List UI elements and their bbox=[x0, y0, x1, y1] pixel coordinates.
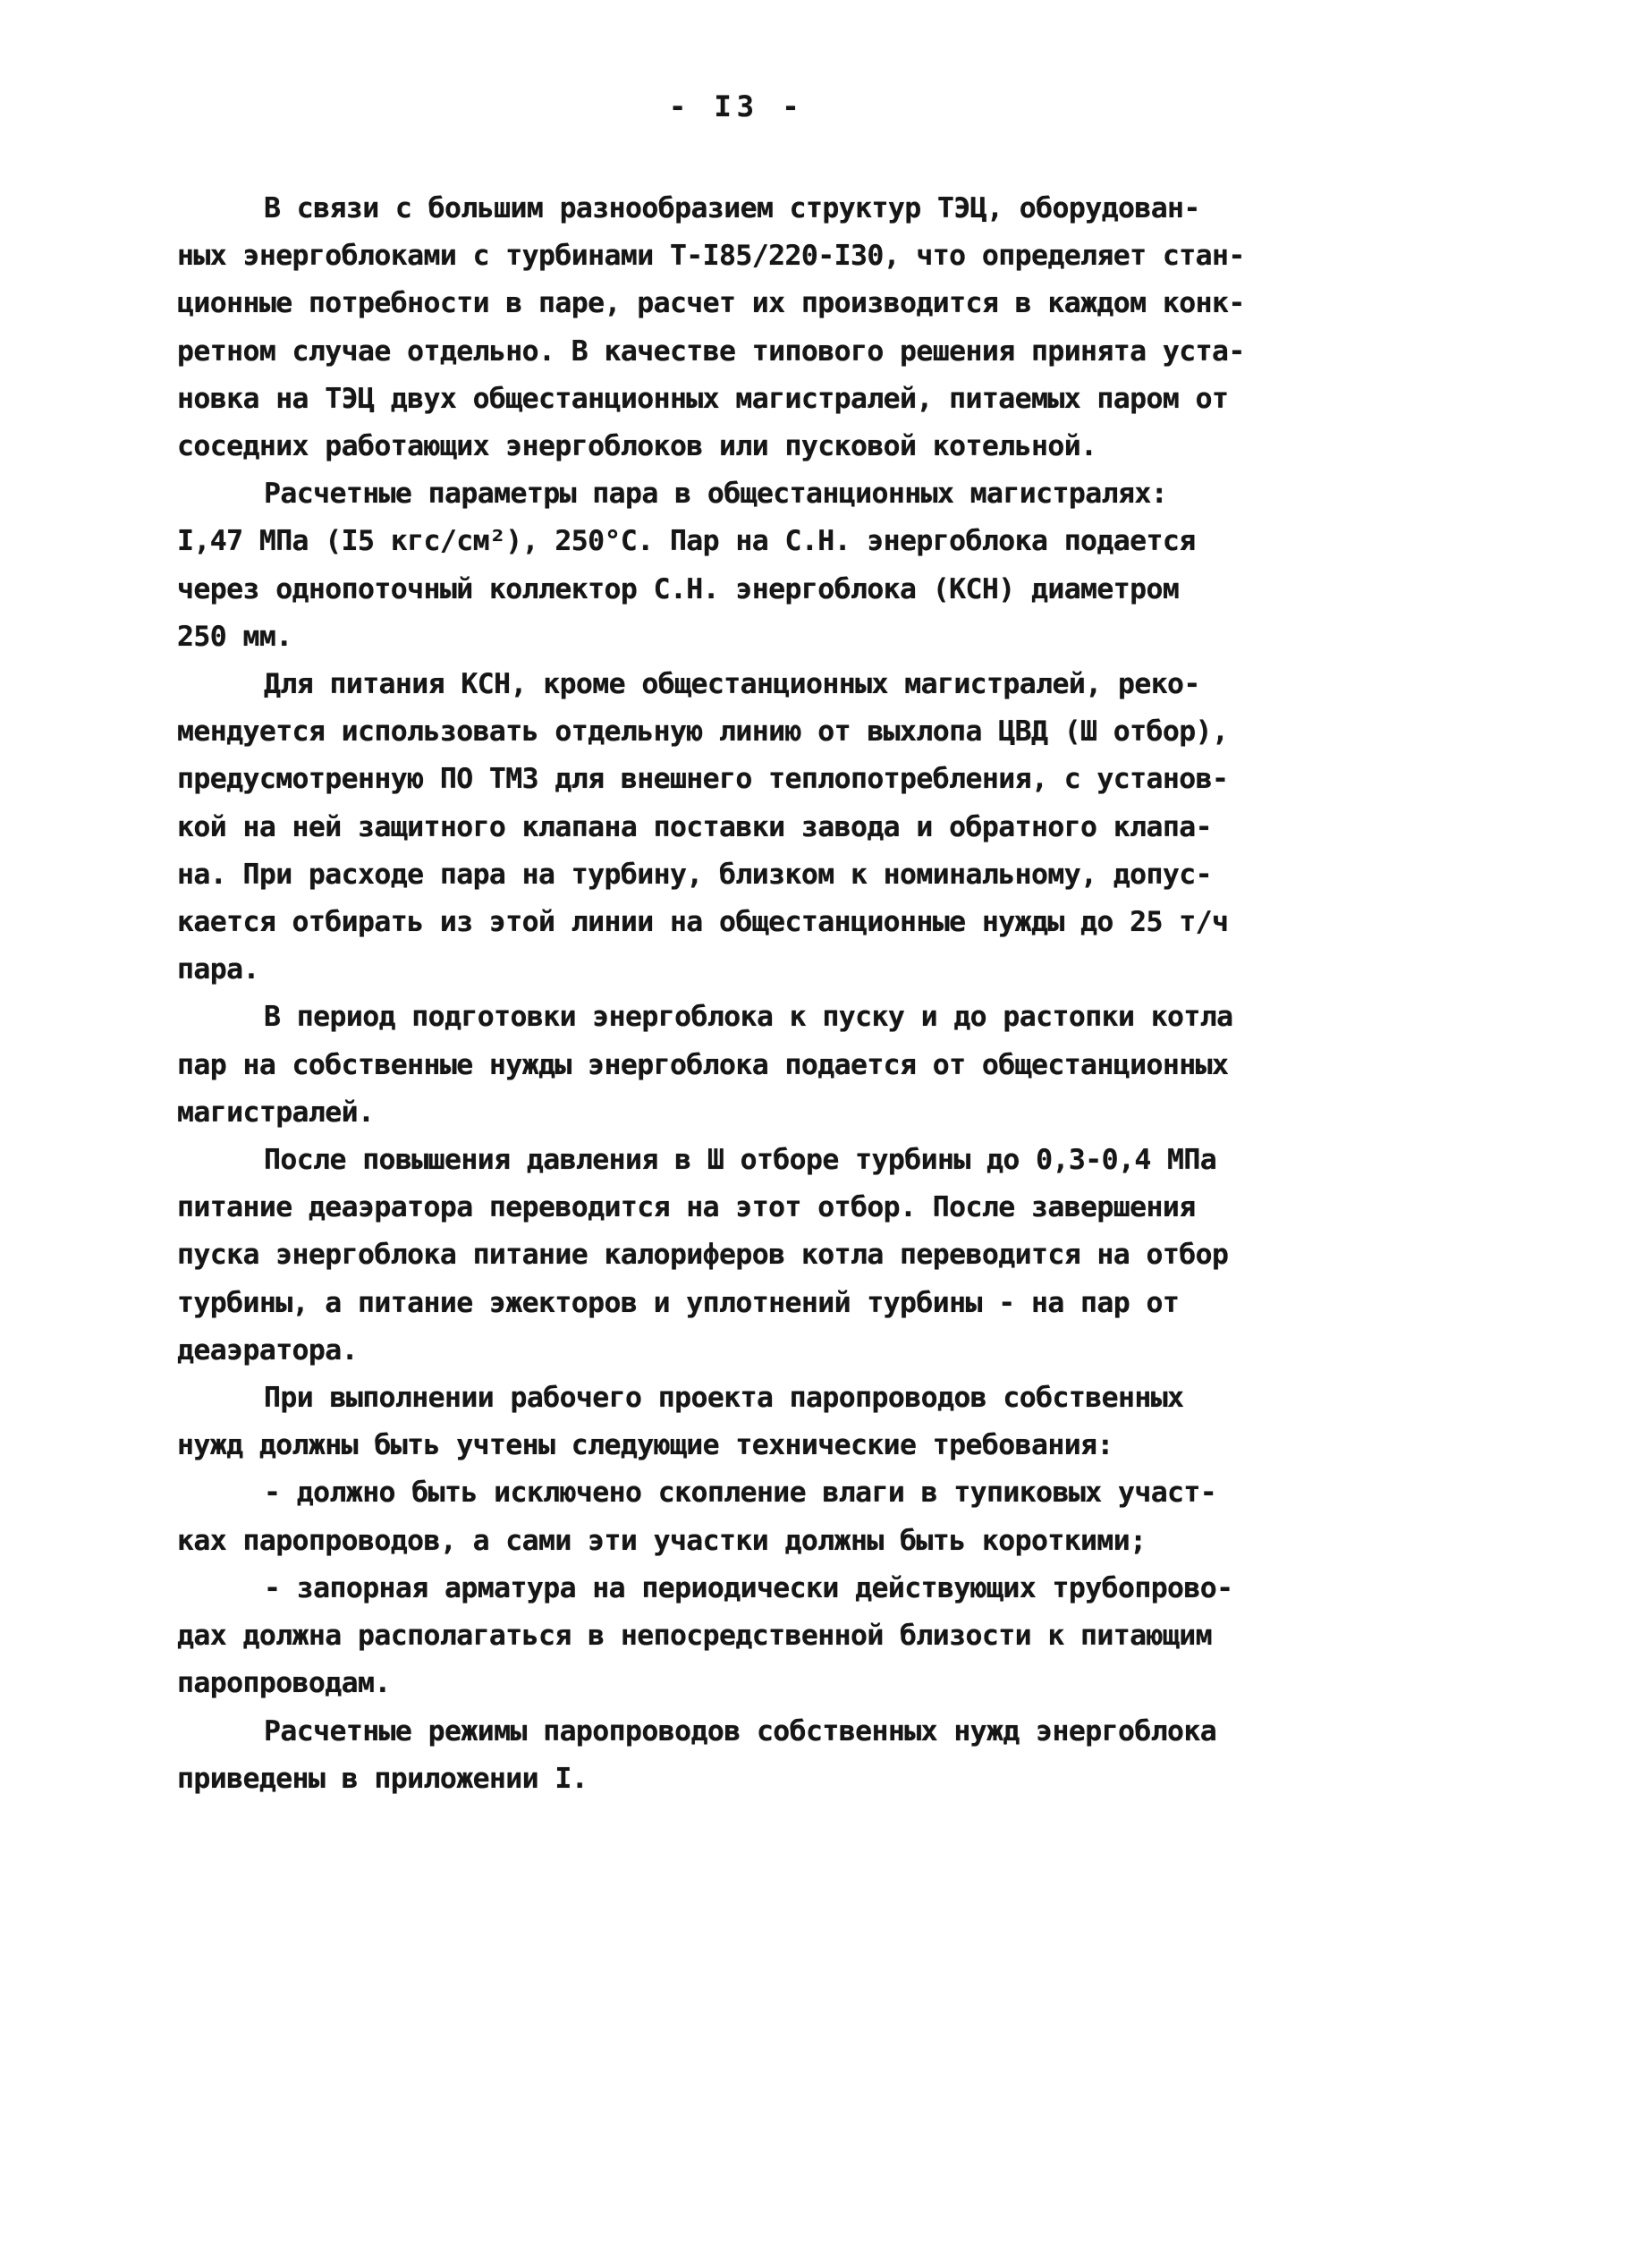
document-text: В связи с большим разнообразием структур… bbox=[177, 185, 1447, 1803]
text-line: деаэратора. bbox=[177, 1327, 1447, 1375]
text-line: новка на ТЭЦ двух общестанционных магист… bbox=[177, 376, 1447, 423]
text-line: - должно быть исключено скопление влаги … bbox=[177, 1469, 1447, 1517]
text-line: через однопоточный коллектор С.Н. энерго… bbox=[177, 566, 1447, 614]
paragraph: - должно быть исключено скопление влаги … bbox=[177, 1469, 1447, 1564]
text-line: кой на ней защитного клапана поставки за… bbox=[177, 804, 1447, 851]
text-line: ках паропроводов, а сами эти участки дол… bbox=[177, 1518, 1447, 1565]
paragraph: В связи с большим разнообразием структур… bbox=[177, 185, 1447, 470]
text-line: питание деаэратора переводится на этот о… bbox=[177, 1184, 1447, 1231]
paragraph: Для питания КСН, кроме общестанционных м… bbox=[177, 661, 1447, 994]
text-line: пара. bbox=[177, 946, 1447, 994]
text-line: В период подготовки энергоблока к пуску … bbox=[177, 994, 1447, 1041]
text-line: предусмотренную ПО ТМЗ для внешнего тепл… bbox=[177, 756, 1447, 803]
text-line: приведены в приложении I. bbox=[177, 1756, 1447, 1803]
text-line: соседних работающих энергоблоков или пус… bbox=[177, 423, 1447, 470]
text-line: кается отбирать из этой линии на общеста… bbox=[177, 899, 1447, 946]
paragraph: - запорная арматура на периодически дейс… bbox=[177, 1565, 1447, 1708]
text-line: 250 мм. bbox=[177, 614, 1447, 661]
text-line: I,47 МПа (I5 кгс/см²), 250°С. Пар на С.Н… bbox=[177, 518, 1447, 565]
text-line: Для питания КСН, кроме общестанционных м… bbox=[177, 661, 1447, 708]
text-line: мендуется использовать отдельную линию о… bbox=[177, 708, 1447, 756]
text-line: При выполнении рабочего проекта паропров… bbox=[177, 1375, 1447, 1422]
text-line: Расчетные параметры пара в общестанционн… bbox=[177, 470, 1447, 518]
text-line: пар на собственные нужды энергоблока под… bbox=[177, 1042, 1447, 1089]
text-line: на. При расходе пара на турбину, близком… bbox=[177, 851, 1447, 899]
text-line: ретном случае отдельно. В качестве типов… bbox=[177, 328, 1447, 376]
paragraph: В период подготовки энергоблока к пуску … bbox=[177, 994, 1447, 1137]
paragraph: После повышения давления в Ш отборе турб… bbox=[177, 1137, 1447, 1375]
document-page: - I3 - В связи с большим разнообразием с… bbox=[0, 0, 1651, 2268]
text-line: Расчетные режимы паропроводов собственны… bbox=[177, 1708, 1447, 1756]
text-line: магистралей. bbox=[177, 1089, 1447, 1137]
paragraph: Расчетные параметры пара в общестанционн… bbox=[177, 470, 1447, 661]
text-line: После повышения давления в Ш отборе турб… bbox=[177, 1137, 1447, 1184]
page-number: - I3 - bbox=[669, 89, 805, 123]
text-line: В связи с большим разнообразием структур… bbox=[177, 185, 1447, 233]
text-line: дах должна располагаться в непосредствен… bbox=[177, 1612, 1447, 1660]
text-line: пуска энергоблока питание калориферов ко… bbox=[177, 1231, 1447, 1279]
text-line: нужд должны быть учтены следующие технич… bbox=[177, 1422, 1447, 1469]
text-line: паропроводам. bbox=[177, 1660, 1447, 1707]
text-line: - запорная арматура на периодически дейс… bbox=[177, 1565, 1447, 1612]
paragraph: Расчетные режимы паропроводов собственны… bbox=[177, 1708, 1447, 1803]
paragraph: При выполнении рабочего проекта паропров… bbox=[177, 1375, 1447, 1469]
text-line: турбины, а питание эжекторов и уплотнени… bbox=[177, 1280, 1447, 1327]
text-line: ных энергоблоками с турбинами Т-I85/220-… bbox=[177, 233, 1447, 280]
text-line: ционные потребности в паре, расчет их пр… bbox=[177, 280, 1447, 327]
